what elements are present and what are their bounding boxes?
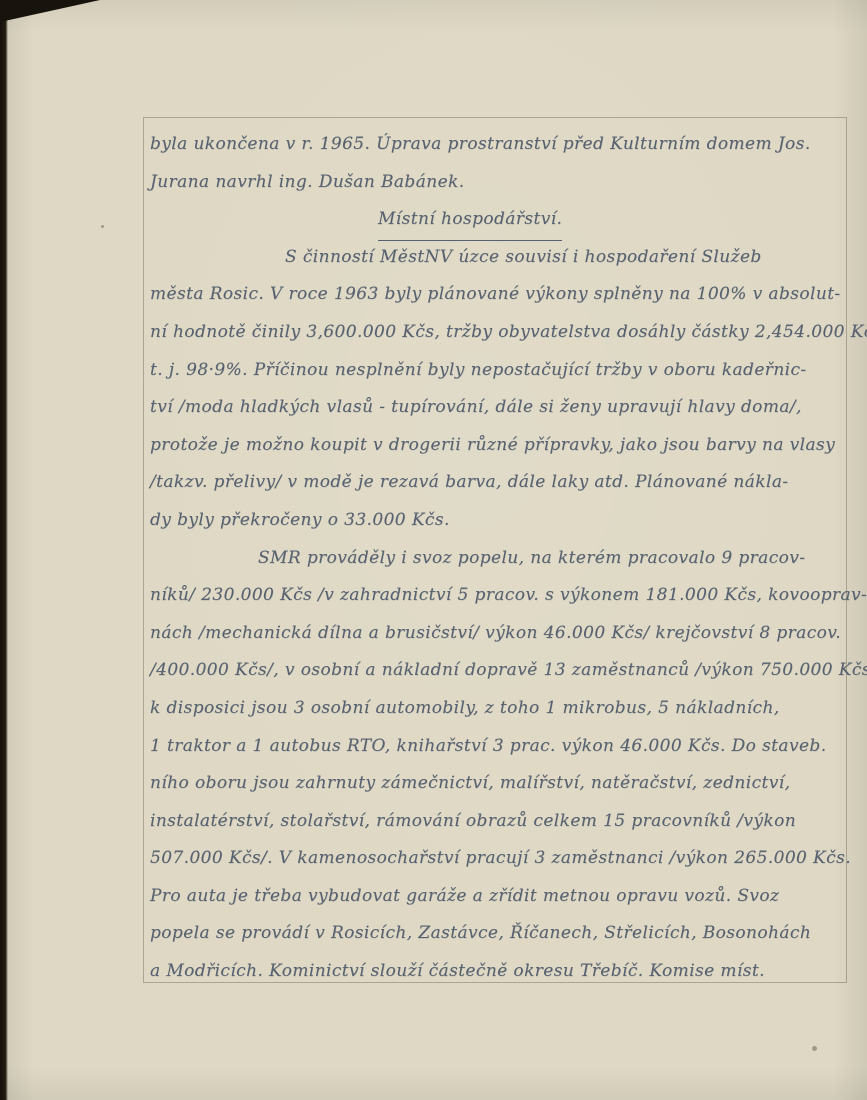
handwritten-line: t. j. 98·9%. Příčinou nesplnění byly nep… [150,352,850,390]
handwritten-line: popela se provádí v Rosicích, Zastávce, … [150,915,850,953]
scanned-chronicle-page: byla ukončena v r. 1965. Úprava prostran… [0,0,867,1100]
handwritten-line: 1 traktor a 1 autobus RTO, knihařství 3 … [150,728,850,766]
handwritten-line: k disposici jsou 3 osobní automobily, z … [150,690,850,728]
handwritten-line: a Modřicích. Kominictví slouží částečně … [150,953,850,991]
paper-speck [101,225,104,228]
section-heading: Místní hospodářství. [378,201,562,241]
handwritten-line: S činností MěstNV úzce souvisí i hospoda… [150,239,850,277]
handwritten-line: 507.000 Kčs/. V kamenosochařství pracují… [150,840,850,878]
handwritten-line: ního oboru jsou zahrnuty zámečnictví, ma… [150,765,850,803]
handwritten-line: níků/ 230.000 Kčs /v zahradnictví 5 prac… [150,577,850,615]
handwritten-line: /takzv. přelivy/ v modě je rezavá barva,… [150,464,850,502]
paper-speck [812,1046,817,1051]
heading-row: Místní hospodářství. [150,201,850,239]
book-edge-top-corner [0,0,100,22]
handwritten-line: Jurana navrhl ing. Dušan Babánek. [150,164,850,202]
handwritten-line: města Rosic. V roce 1963 byly plánované … [150,276,850,314]
handwritten-text-block: byla ukončena v r. 1965. Úprava prostran… [150,126,850,991]
handwritten-line: tví /moda hladkých vlasů - tupírování, d… [150,389,850,427]
book-edge-left [0,0,8,1100]
handwritten-line: byla ukončena v r. 1965. Úprava prostran… [150,126,850,164]
handwritten-line: Pro auta je třeba vybudovat garáže a zří… [150,878,850,916]
handwritten-line: dy byly překročeny o 33.000 Kčs. [150,502,850,540]
handwritten-line: /400.000 Kčs/, v osobní a nákladní dopra… [150,652,850,690]
handwritten-line: SMR prováděly i svoz popelu, na kterém p… [150,540,850,578]
handwritten-line: instalatérství, stolařství, rámování obr… [150,803,850,841]
handwritten-line: nách /mechanická dílna a brusičství/ výk… [150,615,850,653]
handwritten-line: ní hodnotě činily 3,600.000 Kčs, tržby o… [150,314,850,352]
handwritten-line: protože je možno koupit v drogerii různé… [150,427,850,465]
